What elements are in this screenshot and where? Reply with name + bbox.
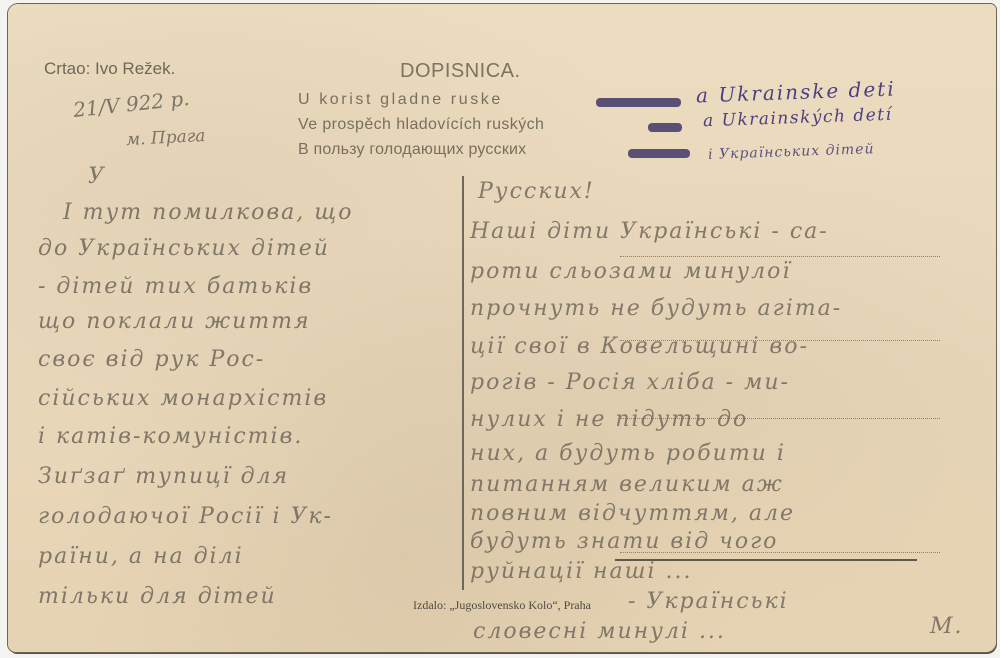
message-line: і катів-комуністів.: [38, 424, 303, 449]
message-line: нулих і не підуть до: [470, 407, 748, 432]
message-line: питанням великим аж: [470, 472, 784, 497]
redaction-mark: [596, 98, 681, 107]
message-line: голодаючої Росії і Ук-: [38, 504, 333, 529]
message-line: тільки для дітей: [38, 584, 277, 609]
redaction-mark: [628, 149, 690, 158]
ink-correction-croatian: a Ukrainske deti: [696, 77, 896, 108]
message-line: рогів - Росія хліба - ми-: [470, 370, 790, 395]
ink-correction-ukrainian: і Українських дітей: [708, 141, 875, 163]
handwritten-place: м. Прага: [126, 126, 206, 150]
postcard-title: DOPISNICA.: [400, 60, 521, 83]
message-line: словесні минулі ...: [473, 619, 726, 644]
address-line: [620, 256, 940, 257]
message-line: ції свої в Ковельщині во-: [470, 334, 809, 359]
message-line: до Українських дітей: [38, 236, 330, 261]
redaction-mark: [648, 123, 682, 132]
message-line: руйнації наші ...: [470, 559, 693, 584]
message-line: своє від рук Рос-: [38, 347, 265, 372]
printed-line-croatian: U korist gladne ruske: [298, 91, 503, 109]
message-line: що поклали життя: [38, 309, 311, 334]
message-line: І тут помилкова, що: [63, 200, 354, 225]
postcard: Crtao: Ivo Režek. DOPISNICA. U korist gl…: [8, 4, 996, 652]
ink-correction-czech: a Ukrainských detí: [703, 105, 893, 132]
message-line: роти сльозами минулої: [470, 259, 791, 284]
center-divider: [462, 176, 464, 590]
message-line: сійських монархістів: [38, 386, 328, 411]
message-line: Зиґзаґ тупицї для: [38, 464, 289, 489]
message-line: У: [88, 164, 106, 189]
handwritten-date: 21/V 922 р.: [72, 86, 191, 122]
message-line: повним відчуттям, але: [470, 501, 795, 526]
message-line: - Українські: [628, 589, 789, 614]
message-line: Русских!: [478, 179, 595, 204]
message-line: раїни, а на ділі: [38, 544, 244, 569]
signature: М.: [930, 614, 964, 639]
message-line: - дітей тих батьків: [38, 274, 313, 299]
message-line: Наші діти Українські - са-: [470, 219, 829, 244]
publisher-imprint: Izdalo: „Jugoslovensko Kolo“, Praha: [413, 598, 591, 613]
message-line: прочнуть не будуть агіта-: [470, 296, 842, 321]
printed-line-russian: В пользу голодающих русских: [298, 141, 526, 159]
printed-line-czech: Ve prospěch hladovících ruských: [298, 116, 544, 134]
message-line: них, а будуть робити і: [470, 441, 786, 466]
message-line: будуть знати від чого: [470, 529, 778, 554]
publisher-label: Crtao: Ivo Režek.: [44, 59, 175, 79]
